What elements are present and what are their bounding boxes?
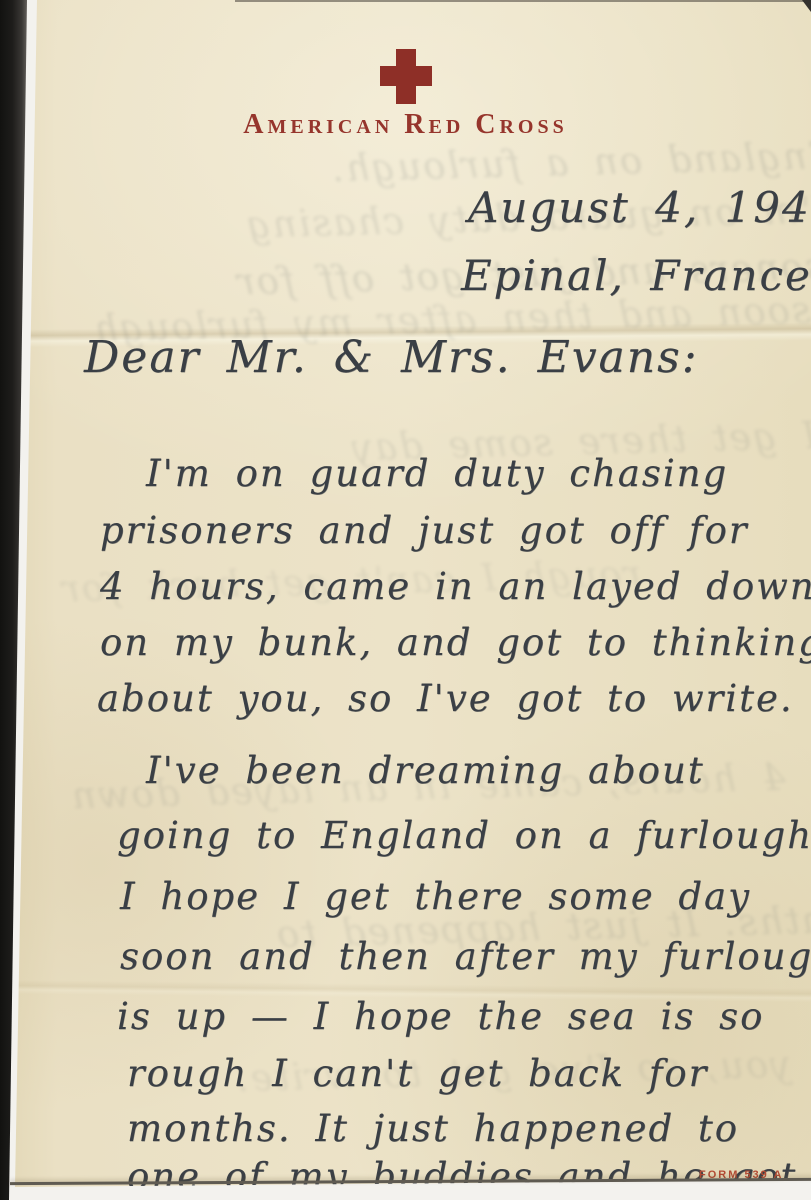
letter-date: August 4, 1945 xyxy=(468,183,811,232)
scanned-letter: going to England on a furlough. I'm on g… xyxy=(0,0,811,1200)
letterhead-title: American Red Cross xyxy=(0,109,811,141)
letter-line: I hope I get there some day xyxy=(120,875,751,918)
letter-line: soon and then after my furlough xyxy=(120,935,811,978)
letter-salutation: Dear Mr. & Mrs. Evans: xyxy=(84,332,699,383)
letter-line: I'm on guard duty chasing xyxy=(146,452,728,495)
letter-location: Epinal, France xyxy=(461,251,811,300)
letter-line: rough I can't get back for xyxy=(127,1052,708,1095)
letter-line: is up — I hope the sea is so xyxy=(117,995,764,1038)
letter-line: on my bunk, and got to thinking xyxy=(100,621,811,664)
letter-line: going to England on a furlough. xyxy=(117,814,811,857)
letter-line: 4 hours, came in an layed down xyxy=(100,565,811,608)
letter-line: months. It just happened to xyxy=(127,1107,739,1150)
letter-line: about you, so I've got to write. xyxy=(97,677,794,720)
red-cross-icon xyxy=(380,49,432,104)
letter-paper: going to England on a furlough. I'm on g… xyxy=(0,0,811,1200)
letter-line: I've been dreaming about xyxy=(146,749,705,792)
paper-top-edge xyxy=(235,0,811,2)
letter-line: prisoners and just got off for xyxy=(100,509,749,552)
